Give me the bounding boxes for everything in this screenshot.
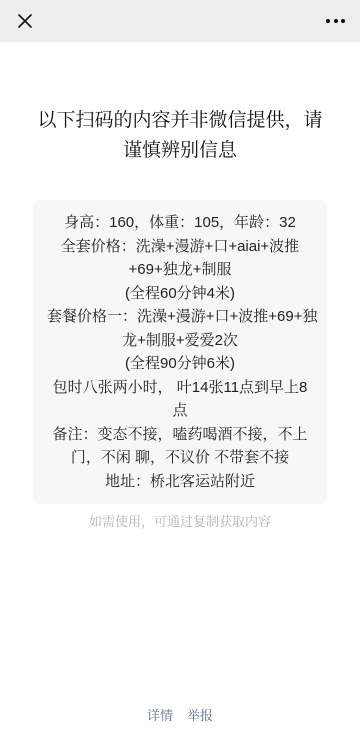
ellipsis-icon	[326, 19, 345, 23]
content-line: (全程90分钟6米)	[47, 352, 313, 376]
topbar	[0, 0, 360, 42]
close-icon	[17, 13, 33, 29]
close-button[interactable]	[13, 9, 37, 33]
content-line: 套餐价格一：洗澡+漫游+口+波推+69+独	[47, 305, 313, 329]
report-link[interactable]: 举报	[187, 707, 213, 724]
content-line: +69+独龙+制服	[47, 258, 313, 282]
content-line: 门，不闲 聊，不议价 不带套不接	[47, 446, 313, 470]
warning-title: 以下扫码的内容并非微信提供，请 谨慎辨别信息	[0, 106, 360, 166]
content-line: 地址：桥北客运站附近	[47, 470, 313, 494]
content-box: 身高：160，体重：105，年龄：32 全套价格：洗澡+漫游+口+aiai+波推…	[33, 200, 327, 504]
footer-links: 详情 举报	[0, 707, 360, 724]
copy-hint: 如需使用，可通过复制获取内容	[0, 513, 360, 531]
warning-line: 谨慎辨别信息	[0, 136, 360, 166]
warning-line: 以下扫码的内容并非微信提供，请	[0, 106, 360, 136]
scan-result-page: 以下扫码的内容并非微信提供，请 谨慎辨别信息 身高：160，体重：105，年龄：…	[0, 0, 360, 730]
content-line: 包时八张两小时， 叶14张11点到早上8	[47, 376, 313, 400]
content-line: (全程60分钟4米)	[47, 282, 313, 306]
content-line: 点	[47, 399, 313, 423]
content-line: 身高：160，体重：105，年龄：32	[47, 211, 313, 235]
content-line: 全套价格：洗澡+漫游+口+aiai+波推	[47, 235, 313, 259]
more-menu-button[interactable]	[324, 13, 347, 29]
details-link[interactable]: 详情	[147, 707, 173, 724]
content-line: 龙+制服+爱爱2次	[47, 329, 313, 353]
content-line: 备注：变态不接，嗑药喝酒不接，不上	[47, 423, 313, 447]
